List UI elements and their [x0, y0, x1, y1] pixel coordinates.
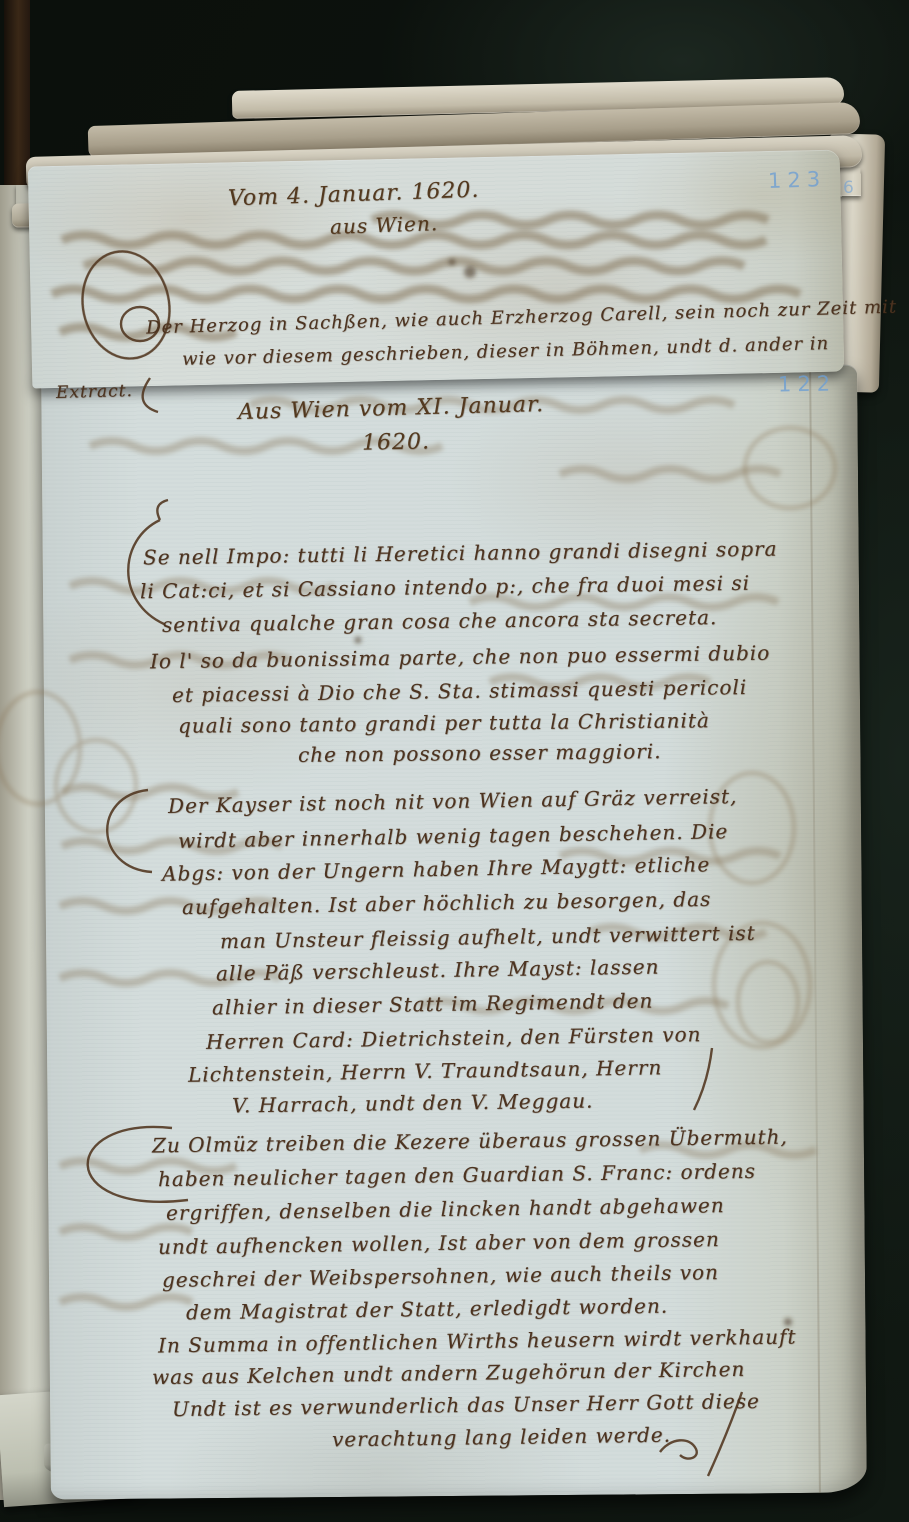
kaiser-paragraph-line: V. Harrach, undt den V. Meggau.	[232, 1088, 594, 1117]
margin-note-extract: Extract.	[56, 381, 133, 403]
olmuetz-paragraph-line: verachtung lang leiden werde.	[332, 1423, 671, 1452]
folio-number-upper: 123	[768, 167, 827, 193]
italian-paragraph-line: che non possono esser maggiori.	[298, 739, 662, 767]
page-fold-line	[809, 365, 821, 1493]
folio-number-main: 122	[778, 371, 837, 396]
main-heading-line2: 1620.	[362, 429, 430, 455]
folio-number-edge: 6	[843, 178, 860, 198]
upper-heading-place: aus Wien.	[330, 211, 439, 239]
manuscript-photo: Vom 4. Januar. 1620. aus Wien. Der Herzo…	[0, 0, 909, 1522]
